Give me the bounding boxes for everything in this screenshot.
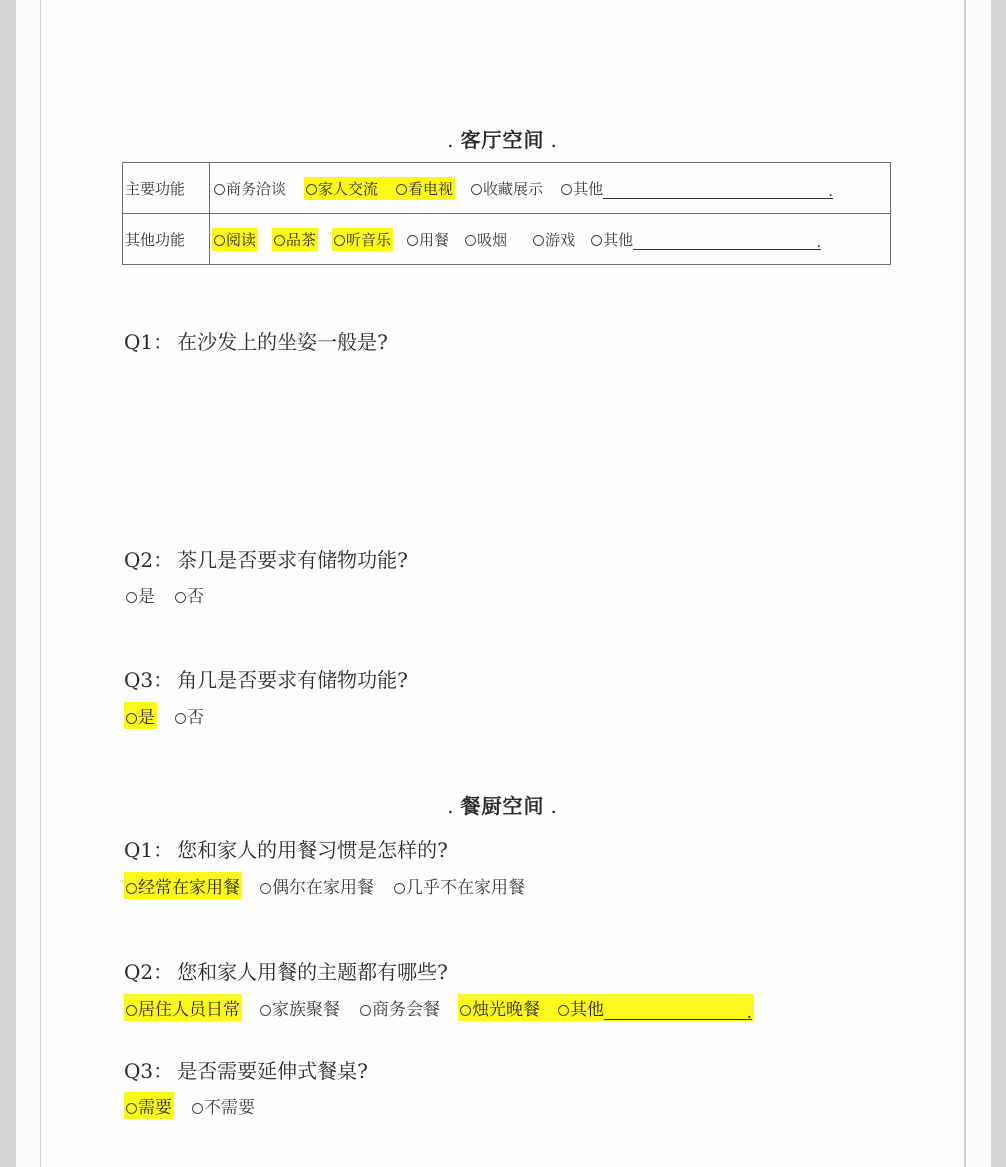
option-yes[interactable]: 是	[124, 702, 157, 729]
radio-circle-icon	[214, 184, 225, 195]
other-blank-field[interactable]: .	[603, 182, 833, 199]
question-dining-q3: Q3：是否需要延伸式餐桌?	[124, 1055, 368, 1084]
section-title-dining-kitchen: .餐厨空间.	[41, 790, 964, 819]
radio-circle-icon	[175, 592, 186, 603]
option-business-talk[interactable]: 商务洽谈	[212, 177, 288, 200]
option-need[interactable]: 需要	[124, 1092, 174, 1119]
radio-circle-icon	[306, 184, 317, 195]
option-watch-tv[interactable]: 看电视	[408, 180, 453, 198]
option-dining[interactable]: 用餐	[405, 228, 451, 251]
radio-circle-icon	[407, 235, 418, 246]
option-reading[interactable]: 阅读	[212, 228, 258, 251]
question-living-q3: Q3：角几是否要求有储物功能?	[124, 664, 408, 693]
radio-circle-icon	[394, 883, 405, 894]
radio-circle-icon	[591, 235, 602, 246]
radio-circle-icon	[214, 235, 225, 246]
answers-living-q2: 是否	[124, 581, 222, 608]
option-other[interactable]: 其他	[570, 1000, 604, 1020]
radio-circle-icon	[260, 883, 271, 894]
option-no[interactable]: 否	[173, 702, 206, 729]
radio-circle-icon	[533, 235, 544, 246]
table-row-other-functions: 其他功能 阅读品茶听音乐用餐吸烟游戏其他.	[123, 214, 891, 265]
other-blank-field[interactable]: .	[604, 1003, 752, 1020]
option-business-dinner[interactable]: 商务会餐	[358, 994, 442, 1021]
radio-circle-icon	[126, 713, 137, 724]
row-label: 主要功能	[123, 163, 210, 214]
option-games[interactable]: 游戏	[531, 228, 577, 251]
section-title-text: 餐厨空间	[461, 794, 545, 818]
radio-circle-icon	[334, 235, 345, 246]
question-dining-q1: Q1：您和家人的用餐习惯是怎样的?	[124, 834, 448, 863]
document-page: .客厅空间. 主要功能 商务洽谈家人交流看电视收藏展示其他. 其他功能 阅读品茶…	[40, 0, 966, 1167]
section-title-text: 客厅空间	[461, 128, 545, 152]
option-daily-residents[interactable]: 居住人员日常	[124, 994, 242, 1021]
question-living-q2: Q2：茶几是否要求有储物功能?	[124, 544, 408, 573]
option-yes[interactable]: 是	[124, 581, 157, 608]
option-other[interactable]: 其他.	[589, 228, 823, 251]
function-table: 主要功能 商务洽谈家人交流看电视收藏展示其他. 其他功能 阅读品茶听音乐用餐吸烟…	[122, 162, 891, 265]
radio-circle-icon	[175, 713, 186, 724]
radio-circle-icon	[396, 184, 407, 195]
option-no-need[interactable]: 不需要	[190, 1092, 257, 1119]
option-no[interactable]: 否	[173, 581, 206, 608]
radio-circle-icon	[274, 235, 285, 246]
radio-circle-icon	[465, 235, 476, 246]
option-tea[interactable]: 品茶	[272, 228, 318, 251]
radio-circle-icon	[360, 1005, 371, 1016]
option-smoking[interactable]: 吸烟	[463, 228, 509, 251]
question-dining-q2: Q2：您和家人用餐的主题都有哪些?	[124, 956, 448, 985]
radio-circle-icon	[260, 1005, 271, 1016]
row-label: 其他功能	[123, 214, 210, 265]
option-family-talk[interactable]: 家人交流看电视	[304, 177, 455, 200]
option-music[interactable]: 听音乐	[332, 228, 393, 251]
answers-dining-q3: 需要不需要	[124, 1092, 273, 1119]
radio-circle-icon	[561, 184, 572, 195]
options-cell: 阅读品茶听音乐用餐吸烟游戏其他.	[210, 214, 891, 265]
option-rarely-home[interactable]: 几乎不在家用餐	[392, 872, 527, 899]
radio-circle-icon	[126, 883, 137, 894]
question-living-q1: Q1：在沙发上的坐姿一般是?	[124, 326, 388, 355]
radio-circle-icon	[126, 1005, 137, 1016]
option-family-gathering[interactable]: 家族聚餐	[258, 994, 342, 1021]
option-collection-display[interactable]: 收藏展示	[469, 177, 545, 200]
radio-circle-icon	[558, 1005, 569, 1016]
radio-circle-icon	[126, 1103, 137, 1114]
options-cell: 商务洽谈家人交流看电视收藏展示其他.	[210, 163, 891, 214]
other-blank-field[interactable]: .	[633, 233, 821, 250]
answers-living-q3: 是否	[124, 702, 222, 729]
table-row-main-functions: 主要功能 商务洽谈家人交流看电视收藏展示其他.	[123, 163, 891, 214]
option-often-home[interactable]: 经常在家用餐	[124, 872, 242, 899]
radio-circle-icon	[126, 592, 137, 603]
radio-circle-icon	[460, 1005, 471, 1016]
option-candlelight-dinner[interactable]: 烛光晚餐其他.	[458, 994, 754, 1021]
option-other[interactable]: 其他.	[559, 177, 835, 200]
answers-dining-q2: 居住人员日常家族聚餐商务会餐烛光晚餐其他.	[124, 994, 754, 1021]
answers-dining-q1: 经常在家用餐偶尔在家用餐几乎不在家用餐	[124, 872, 543, 899]
radio-circle-icon	[471, 184, 482, 195]
option-sometimes-home[interactable]: 偶尔在家用餐	[258, 872, 376, 899]
section-title-living-room: .客厅空间.	[41, 124, 964, 153]
radio-circle-icon	[192, 1103, 203, 1114]
